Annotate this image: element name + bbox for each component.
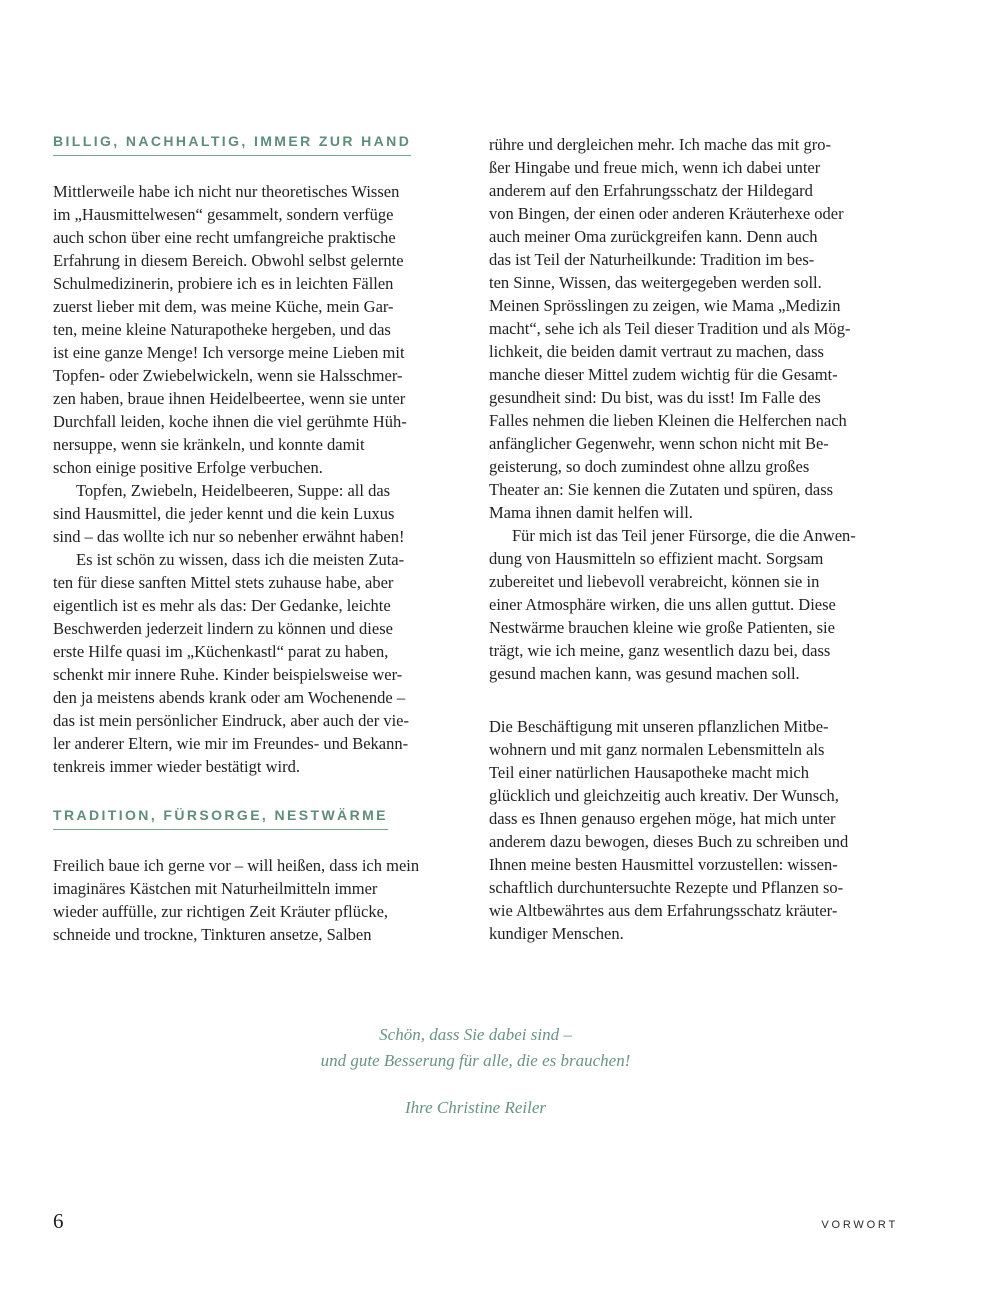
body-paragraph: Mittlerweile habe ich nicht nur theoreti… bbox=[53, 180, 462, 479]
body-paragraph: Freilich baue ich gerne vor – will heiße… bbox=[53, 854, 462, 946]
section-heading-billig-nachhaltig: BILLIG, NACHHALTIG, IMMER ZUR HAND bbox=[53, 134, 411, 156]
body-paragraph: Die Beschäftigung mit unseren pflanzlich… bbox=[489, 715, 898, 945]
signoff-block: Schön, dass Sie dabei sind – und gute Be… bbox=[53, 1022, 898, 1121]
page-number: 6 bbox=[53, 1209, 64, 1233]
signature: Ihre Christine Reiler bbox=[53, 1095, 898, 1121]
book-page: BILLIG, NACHHALTIG, IMMER ZUR HAND Mittl… bbox=[0, 0, 1000, 1290]
two-column-text: BILLIG, NACHHALTIG, IMMER ZUR HAND Mittl… bbox=[53, 133, 898, 946]
right-column: rühre und dergleichen mehr. Ich mache da… bbox=[489, 133, 898, 946]
left-column: BILLIG, NACHHALTIG, IMMER ZUR HAND Mittl… bbox=[53, 133, 462, 946]
body-paragraph: Es ist schön zu wissen, dass ich die mei… bbox=[53, 548, 462, 778]
body-paragraph: Topfen, Zwiebeln, Heidelbeeren, Suppe: a… bbox=[53, 479, 462, 548]
signoff-line: Schön, dass Sie dabei sind – bbox=[53, 1022, 898, 1048]
body-paragraph: Für mich ist das Teil jener Fürsorge, di… bbox=[489, 524, 898, 685]
section-heading-tradition-fuersorge: TRADITION, FÜRSORGE, NESTWÄRME bbox=[53, 808, 388, 830]
signoff-line: und gute Besserung für alle, die es brau… bbox=[53, 1048, 898, 1074]
running-footer-chapter-label: VORWORT bbox=[821, 1219, 898, 1231]
body-paragraph: rühre und dergleichen mehr. Ich mache da… bbox=[489, 133, 898, 524]
